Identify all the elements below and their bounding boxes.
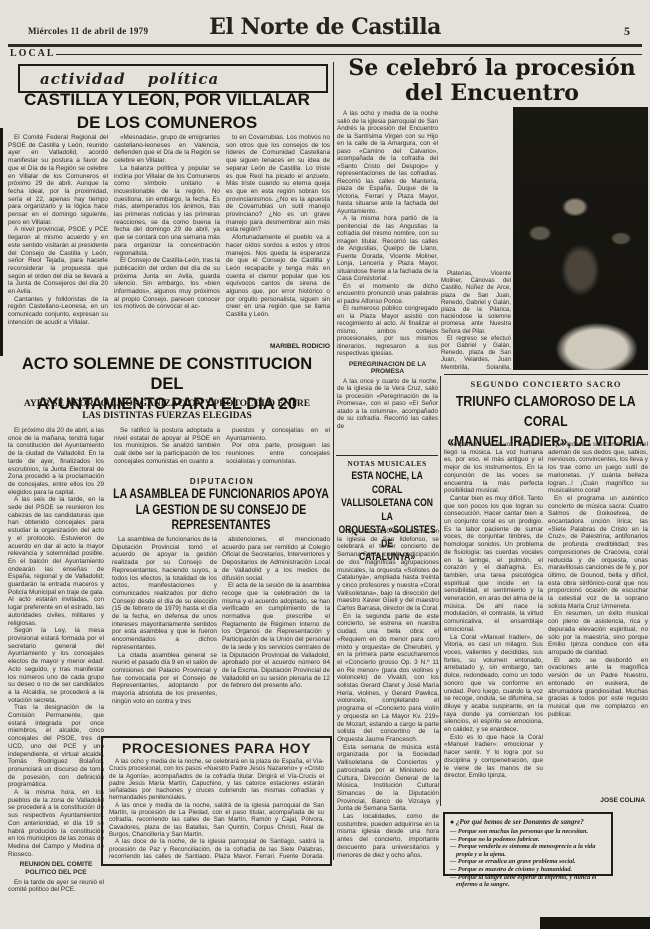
masthead: El Norte de Castilla <box>0 14 650 40</box>
encuentro-col1-bottom: A las once y cuarto de la noche, de la i… <box>337 378 438 431</box>
kicker-actividad-label: actividad política <box>40 70 219 88</box>
procesiones-box: PROCESIONES PARA HOY A las ocho y media … <box>101 736 332 866</box>
subhead-peregrinacion: PEREGRINACION DE LA PROMESA <box>337 361 438 376</box>
headline-asamblea: LA ASAMBLEA DE FUNCIONARIOS APOYALA GEST… <box>110 486 332 533</box>
acto-col1-bottom: En la tarde de ayer se reunió el comité … <box>8 879 104 894</box>
subhead-reunion-pce: REUNION DEL COMITEPOLITICO DEL PCE <box>8 861 104 876</box>
concierto-rule <box>444 374 648 375</box>
newspaper-page: Miércoles 11 de abril de 1979 El Norte d… <box>0 0 650 929</box>
encuentro-col1-top: A las ocho y media de la noche salió de … <box>337 110 438 358</box>
procesiones-text: A las ocho y media de la noche, se celeb… <box>103 756 330 858</box>
headline-procesiones: PROCESIONES PARA HOY <box>103 740 330 756</box>
byline-jose-colina: JOSE COLINA <box>555 797 645 804</box>
scan-smudge-left <box>0 128 3 356</box>
acto-col1: El próximo día 20 de abril, a las once d… <box>8 427 104 927</box>
blood-donors-list: — Porque son muchas las personas que la … <box>450 828 606 889</box>
scan-smudge-bottom-right <box>540 917 650 929</box>
encuentro-col2: Platerías, Vicente Moliner, Cánovas del … <box>441 270 511 370</box>
diputacion-col2: abstenciones, el mencionado acuerdo para… <box>222 536 330 730</box>
diputacion-col1: La asamblea de funcionarios de la Diputa… <box>112 536 217 730</box>
page-number: 5 <box>624 24 630 39</box>
kicker-notas: NOTAS MUSICALES <box>336 459 438 468</box>
kicker-concierto: SEGUNDO CONCIERTO SACRO <box>444 379 648 389</box>
comuneros-col3: to en Covarrubias. Los motivos no son ot… <box>226 134 330 342</box>
notas-text: Hoy a las 10,30 de la noche, en la igles… <box>337 528 439 906</box>
section-label: LOCAL <box>10 48 56 59</box>
acto-col3: puestos y concejalías en el Ayuntamiento… <box>226 427 330 473</box>
right-column-divider <box>440 376 441 806</box>
center-divider <box>333 62 334 860</box>
triunfo-col2: que induce a sus cantores con el ademán … <box>548 441 648 795</box>
blood-donors-title: ● ¿Por qué hemos de ser Donantes de sang… <box>450 818 606 826</box>
encuentro-col1: A las ocho y media de la noche salió de … <box>337 110 438 454</box>
headline-encuentro: Se celebró la procesióndel Encuentro <box>336 56 648 106</box>
byline-maribel-rodicio: MARIBEL RODICIO <box>240 343 330 350</box>
notas-rule <box>336 455 438 456</box>
acto-col1-top: El próximo día 20 de abril, a las once d… <box>8 427 104 858</box>
triunfo-col1: Lo primero fue la voz. Después llegó la … <box>444 441 543 795</box>
acto-col2: Se ratificó la postura adoptada a nivel … <box>114 427 220 473</box>
comuneros-col2: «Mesnadas», grupo de emigrantes castella… <box>114 134 220 352</box>
procession-photo <box>513 107 648 370</box>
blood-donors-box: ● ¿Por qué hemos de ser Donantes de sang… <box>443 812 613 876</box>
subhead-acto: AYER SE ACORDO LA ORGANIZACION Y PROTOCO… <box>4 399 330 422</box>
header-rule <box>8 44 642 47</box>
headline-comuneros: CASTILLA Y LEON, POR VILLALARDE LOS COMU… <box>4 88 330 134</box>
comuneros-col1: El Comité Federal Regional del PSOE de C… <box>8 134 108 352</box>
